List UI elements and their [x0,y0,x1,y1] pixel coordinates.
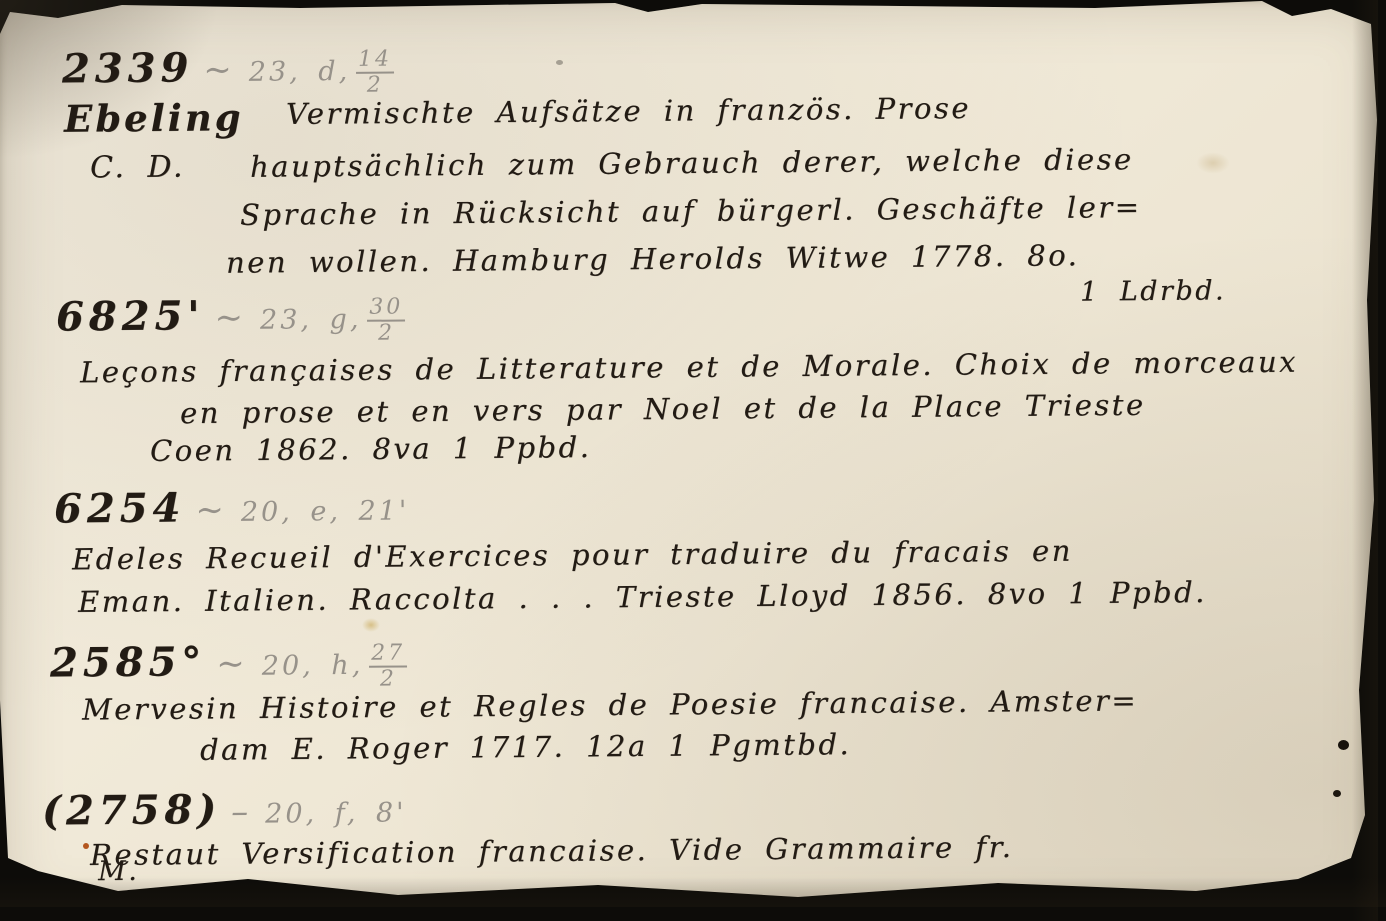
ink-speck [83,843,89,849]
handwritten-line: Vermischte Aufsätze in französ. Prose [286,91,971,131]
pencil-smudge [556,60,563,65]
fraction-numerator: 27 [369,642,407,667]
entry-3-number-line: 6254~20, e, 21' [54,482,410,532]
pencil-shelfmark: 20, e, 21' [241,495,410,527]
catalog-number: 6825' [56,292,205,340]
pencil-fraction: 272 [369,642,407,690]
fraction-numerator: 14 [356,49,394,74]
pencil-fraction: 142 [356,49,394,97]
entry-1-number-line: 2339~23, d,142 [62,43,395,100]
fraction-denominator: 2 [367,321,405,344]
tilde-mark: ~ [203,50,235,90]
pencil-shelfmark: 20, h, [262,650,364,682]
entry-2-number-line: 6825'~23, g,302 [56,290,406,347]
catalog-number: 6254 [54,484,186,532]
pencil-shelfmark: 23, g, [260,304,362,336]
paper-stain [1196,152,1230,174]
handwritten-line: Coen 1862. 8va 1 Ppbd. [150,430,592,468]
catalog-number: (2758) [42,786,222,835]
pencil-shelfmark: 20, f, 8' [265,797,407,829]
fraction-denominator: 2 [356,74,394,97]
right-edge-shadow [1352,0,1378,921]
author-name: Ebeling [64,95,244,141]
author-initials: C. D. [90,150,185,186]
bottom-edge-shadow [0,877,1386,907]
entry-5-number-line: (2758)–20, f, 8' [42,784,407,834]
catalog-number: 2339 [62,44,194,92]
handwritten-line: dam E. Roger 1717. 12a 1 Pgmtbd. [200,727,851,767]
fraction-numerator: 30 [367,296,405,321]
entry-4-number-line: 2585°~20, h,272 [50,636,408,693]
dash-mark: – [231,792,251,832]
handwritten-line: M. [98,856,140,887]
ink-blot [1338,740,1349,750]
tilde-mark: ~ [214,298,246,338]
binding-note: 1 Ldrbd. [1080,275,1226,307]
paper-stain [362,618,380,632]
ink-blot [1333,790,1341,797]
catalog-number: 2585° [50,638,207,686]
scanned-catalog-page: 2339~23, d,142 Ebeling C. D. Vermischte … [0,0,1386,921]
pencil-shelfmark: 23, d, [249,56,351,88]
tilde-mark: ~ [216,644,248,684]
pencil-fraction: 302 [367,296,405,344]
fraction-denominator: 2 [369,667,407,690]
tilde-mark: ~ [195,490,227,530]
